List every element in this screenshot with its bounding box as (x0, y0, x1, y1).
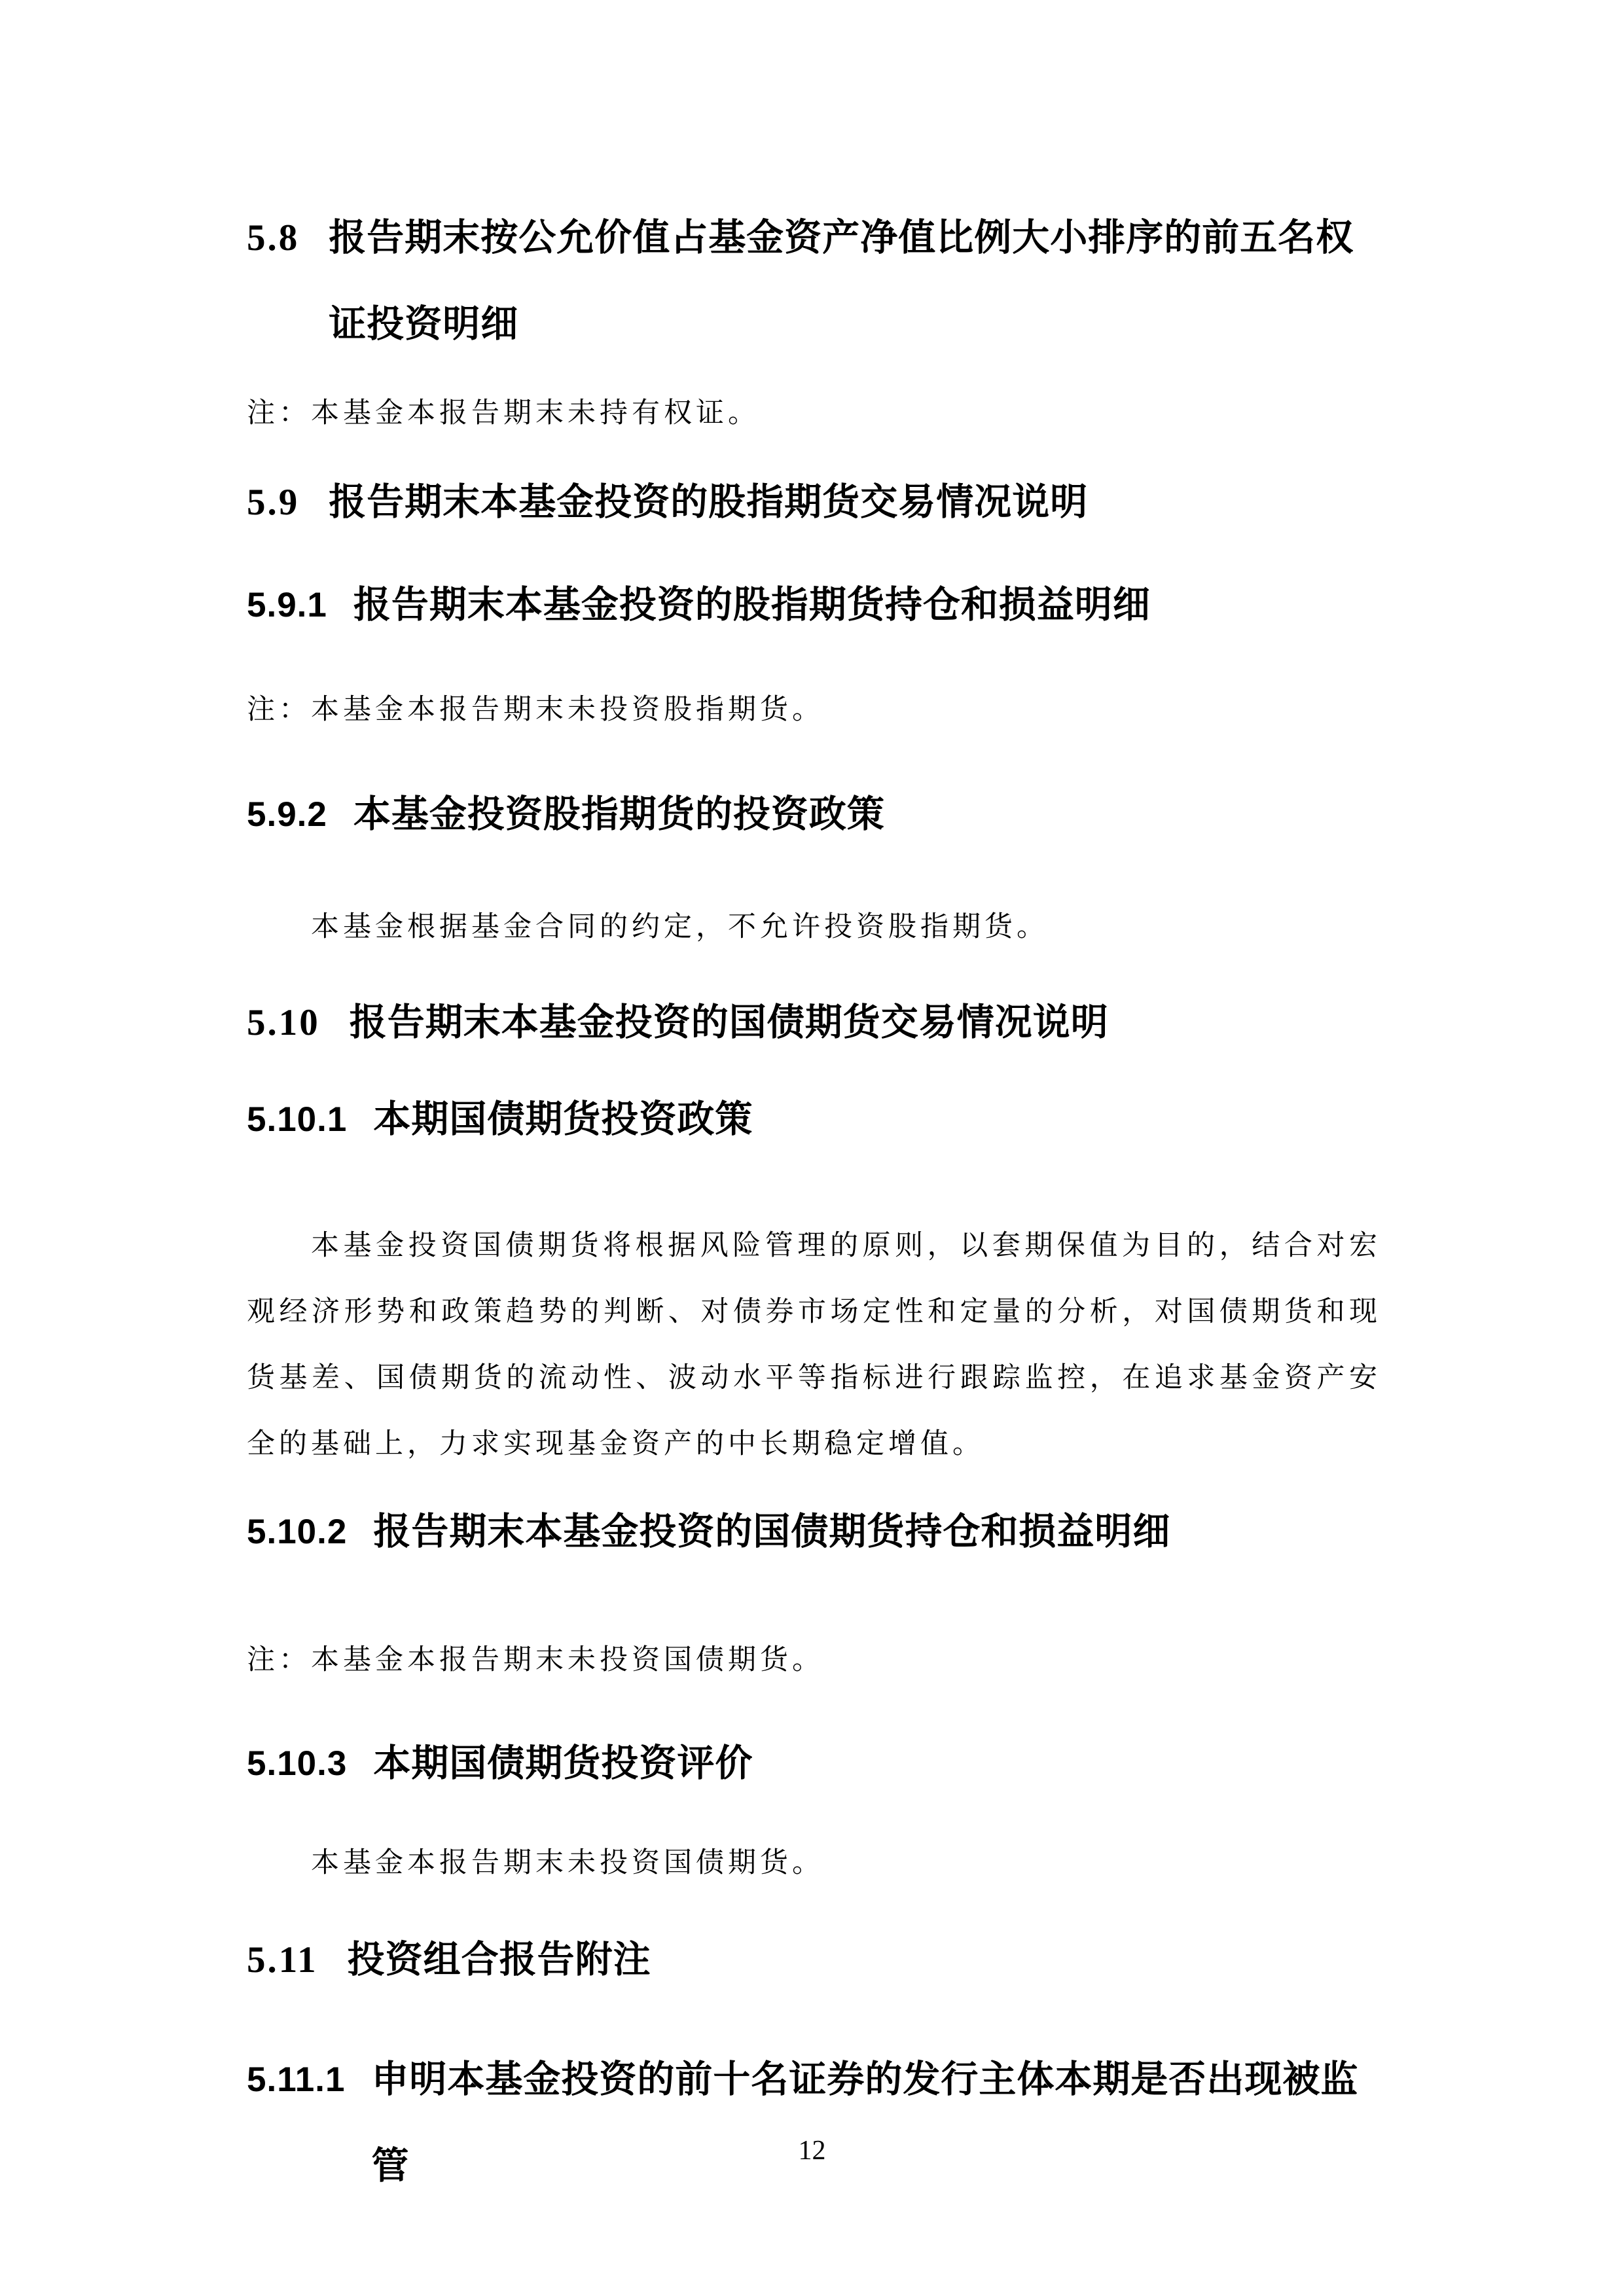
note-text: 注：本基金本报告期末未投资股指期货。 (247, 677, 1381, 743)
section-number: 5.8 (247, 195, 299, 281)
section-number: 5.9.2 (247, 772, 327, 858)
body-paragraph: 本基金投资国债期货将根据风险管理的原则，以套期保值为目的，结合对宏观经济形势和政… (247, 1213, 1381, 1477)
section-heading-5-10-3: 5.10.3 本期国债期货投资评价 (247, 1721, 1381, 1807)
section-title: 投资组合报告附注 (348, 1917, 651, 2003)
section-title: 报告期末本基金投资的股指期货持仓和损益明细 (353, 562, 1151, 649)
section-title: 本期国债期货投资政策 (373, 1077, 753, 1163)
section-heading-5-11: 5.11 投资组合报告附注 (247, 1917, 1381, 2003)
report-page: 5.8 报告期末按公允价值占基金资产净值比例大小排序的前五名权证投资明细 注：本… (0, 0, 1624, 2296)
section-title: 报告期末本基金投资的国债期货交易情况说明 (350, 980, 1109, 1066)
section-number: 5.10.3 (247, 1721, 347, 1807)
section-title: 本期国债期货投资评价 (373, 1721, 753, 1807)
section-heading-5-11-1: 5.11.1 申明本基金投资的前十名证券的发行主体本期是否出现被监管 (247, 2037, 1381, 2210)
section-number: 5.10.2 (247, 1489, 347, 1575)
note-text: 注：本基金本报告期末未投资国债期货。 (247, 1627, 1381, 1693)
section-heading-5-8: 5.8 报告期末按公允价值占基金资产净值比例大小排序的前五名权证投资明细 (247, 195, 1381, 368)
section-heading-5-10: 5.10 报告期末本基金投资的国债期货交易情况说明 (247, 980, 1381, 1066)
section-title: 申明本基金投资的前十名证券的发行主体本期是否出现被监管 (371, 2037, 1381, 2210)
section-number: 5.10.1 (247, 1077, 347, 1163)
section-heading-5-10-1: 5.10.1 本期国债期货投资政策 (247, 1077, 1381, 1163)
section-number: 5.9.1 (247, 562, 327, 649)
section-number: 5.9 (247, 459, 299, 546)
body-paragraph: 本基金根据基金合同的约定，不允许投资股指期货。 (247, 894, 1381, 960)
section-number: 5.11.1 (247, 2037, 345, 2123)
section-heading-5-9-2: 5.9.2 本基金投资股指期货的投资政策 (247, 772, 1381, 858)
section-title: 报告期末本基金投资的股指期货交易情况说明 (329, 459, 1088, 546)
page-number: 12 (0, 2134, 1624, 2167)
note-text: 注：本基金本报告期末未持有权证。 (247, 380, 1381, 446)
section-title: 报告期末本基金投资的国债期货持仓和损益明细 (373, 1489, 1170, 1575)
section-number: 5.11 (247, 1917, 318, 2003)
section-heading-5-9: 5.9 报告期末本基金投资的股指期货交易情况说明 (247, 459, 1381, 546)
section-title: 本基金投资股指期货的投资政策 (353, 772, 885, 858)
body-paragraph: 本基金本报告期末未投资国债期货。 (247, 1830, 1381, 1896)
section-title: 报告期末按公允价值占基金资产净值比例大小排序的前五名权证投资明细 (329, 195, 1381, 368)
section-heading-5-10-2: 5.10.2 报告期末本基金投资的国债期货持仓和损益明细 (247, 1489, 1381, 1575)
section-heading-5-9-1: 5.9.1 报告期末本基金投资的股指期货持仓和损益明细 (247, 562, 1381, 649)
section-number: 5.10 (247, 980, 320, 1066)
